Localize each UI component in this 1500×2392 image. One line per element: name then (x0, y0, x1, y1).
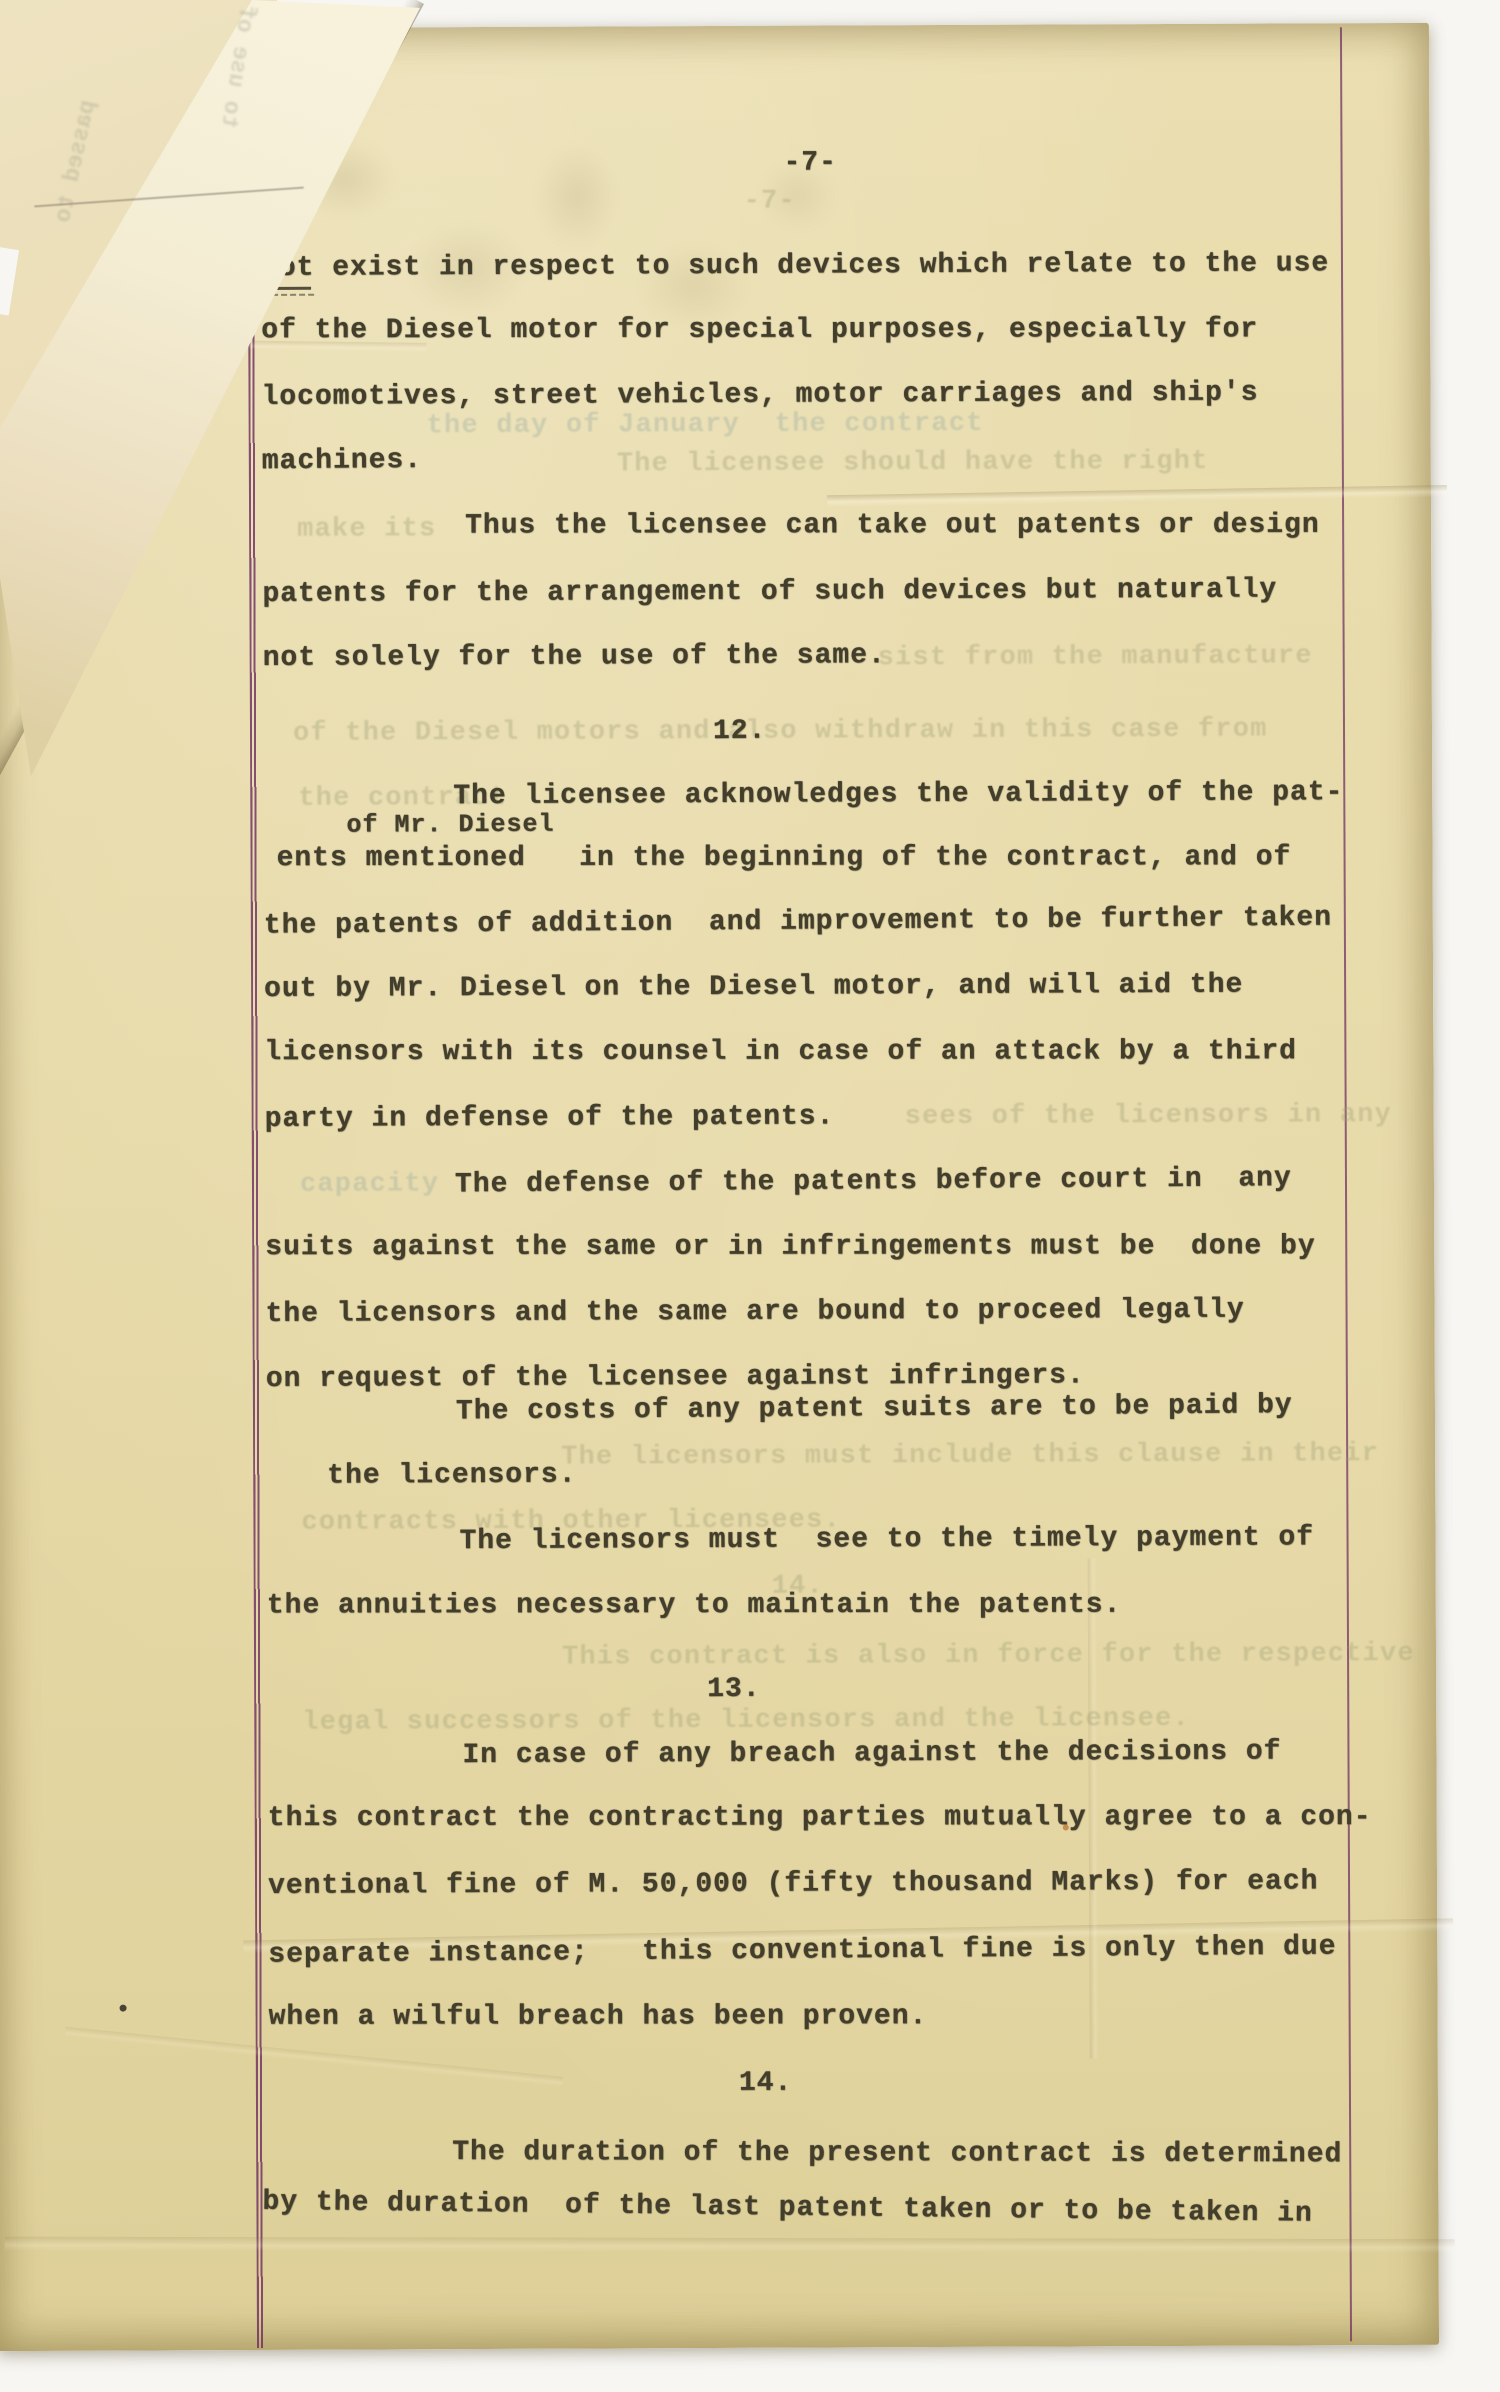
bleedthrough-text: the day of January the contract (427, 410, 984, 442)
typed-line: the licensors. (327, 1461, 576, 1493)
typed-line: machines. (262, 446, 422, 478)
bleedthrough-text: sist from the manufacture (878, 642, 1313, 674)
typed-line: locomotives, street vehicles, motor carr… (261, 379, 1258, 414)
crease (827, 485, 1447, 507)
right-margin-rule (1340, 27, 1352, 2341)
bleedthrough-text: make its (297, 515, 436, 545)
typed-line: when a wilful breach has been proven. (269, 2002, 928, 2033)
typed-line: the patents of addition and improvement … (264, 904, 1332, 943)
clause-number: 12. (713, 717, 767, 748)
bleedthrough-text: capacity (300, 1170, 439, 1200)
crease (5, 2237, 1455, 2254)
typed-line: The costs of any patent suits are to be … (456, 1391, 1293, 1428)
typed-line: In case of any breach against the decisi… (462, 1738, 1281, 1772)
bleedthrough-text: -7- (744, 188, 796, 218)
typed-line: Thus the licensee can take out patents o… (465, 511, 1320, 543)
typed-line: suits against the same or in infringemen… (265, 1232, 1315, 1264)
typed-line: licensors with its counsel in case of an… (264, 1037, 1297, 1069)
typed-line: of Mr. Diesel (346, 811, 554, 839)
bleedthrough-text: This contract is also in force for the r… (562, 1640, 1415, 1673)
page-number: -7- (783, 148, 837, 179)
bleedthrough-text: of the Diesel motors and also withdraw i… (293, 716, 1268, 750)
typed-line: patents for the arrangement of such devi… (262, 576, 1277, 611)
typed-line: the licensors and the same are bound to … (265, 1296, 1244, 1331)
scanned-document-page: { "page": {"number": "-7-", "width": 150… (0, 0, 1500, 2392)
typed-line: by the duration of the last patent taken… (262, 2188, 1313, 2231)
typed-line: The duration of the present contract is … (452, 2138, 1342, 2171)
typed-line: The licensee acknowledges the validity o… (453, 778, 1343, 813)
typed-line: this contract the contracting parties mu… (268, 1803, 1372, 1835)
ink-speck (1063, 1824, 1069, 1830)
typed-line: out by Mr. Diesel on the Diesel motor, a… (264, 971, 1243, 1006)
typed-line: The defense of the patents before court … (455, 1164, 1292, 1201)
bleedthrough-text: The licensee should have the right (617, 448, 1209, 480)
typed-line: party in defense of the patents. (265, 1102, 835, 1135)
typed-line: on request of the licensee against infri… (266, 1361, 1085, 1395)
typed-line: not exist in respect to such devices whi… (261, 249, 1329, 284)
bleedthrough-text: The licensors must include this clause i… (561, 1440, 1379, 1473)
bleedthrough-text: legal successors of the licensors and th… (302, 1705, 1190, 1739)
crease (65, 2027, 563, 2087)
clause-number: 14. (739, 2069, 793, 2100)
typed-line: ventional fine of M. 50,000 (fifty thous… (268, 1867, 1318, 1902)
bleedthrough-text: sees of the licensors in any (905, 1101, 1392, 1133)
typed-line: separate instance; this conventional fin… (268, 1933, 1336, 1972)
typed-line: of the Diesel motor for special purposes… (261, 315, 1258, 347)
typed-line: The licensors must see to the timely pay… (459, 1523, 1314, 1558)
typed-line: ents mentioned in the beginning of the c… (277, 843, 1292, 875)
ink-speck (120, 2005, 127, 2012)
typed-line: not solely for the use of the same. (263, 641, 886, 675)
typed-line: the annuities necessary to maintain the … (267, 1591, 1122, 1623)
clause-number: 13. (707, 1675, 761, 1706)
